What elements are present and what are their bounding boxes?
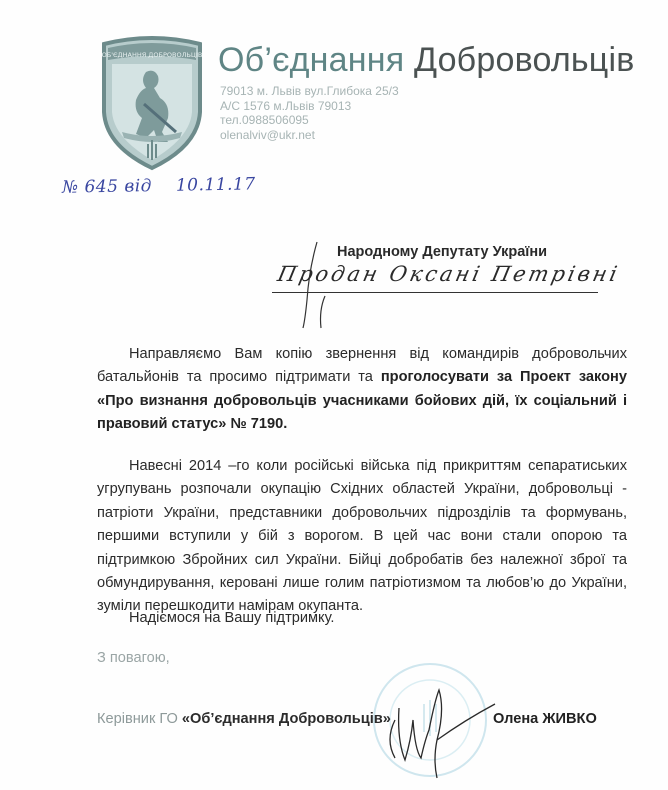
reg-date: 10.11.17 <box>176 174 256 195</box>
org-title-part2: Добровольців <box>414 41 635 79</box>
addressee-handwritten-name: Продан Оксані Петрівні <box>272 262 598 293</box>
signer-role-org: «Об’єднання Добровольців» <box>182 711 391 727</box>
contact-phone: тел.0988506095 <box>220 113 399 128</box>
reg-suffix: від <box>124 176 152 196</box>
paragraph-request: Направляємо Вам копію звернення від кома… <box>97 343 627 437</box>
org-title: Об’єднання Добровольців <box>218 40 634 80</box>
reg-number: № 645 <box>62 177 119 198</box>
paragraph-support: Надіємося на Вашу підтримку. <box>97 607 627 630</box>
signer-role: Керівник ГО «Об’єднання Добровольців» <box>97 711 391 727</box>
contact-address: 79013 м. Львів вул.Глибока 25/3 <box>220 84 399 99</box>
volunteer-shield-emblem-icon: ОБ'ЄДНАННЯ ДОБРОВОЛЬЦІВ <box>98 34 206 172</box>
closing-salutation: З повагою, <box>97 650 170 666</box>
letter-page: ОБ'ЄДНАННЯ ДОБРОВОЛЬЦІВ Об’єднання Добро… <box>0 0 668 790</box>
addressee-name-text: Продан Оксані Петрівні <box>275 262 622 286</box>
org-contacts: 79013 м. Львів вул.Глибока 25/3 А/С 1576… <box>220 84 399 142</box>
addressee-title: Народному Депутату України <box>337 244 547 260</box>
svg-text:ОБ'ЄДНАННЯ ДОБРОВОЛЬЦІВ: ОБ'ЄДНАННЯ ДОБРОВОЛЬЦІВ <box>102 51 203 59</box>
signer-name: Олена ЖИВКО <box>493 711 597 727</box>
signer-role-prefix: Керівник ГО <box>97 711 182 727</box>
handwritten-signature-icon <box>385 680 505 780</box>
paragraph-history: Навесні 2014 –го коли російські війська … <box>97 455 627 619</box>
contact-email: olenalviv@ukr.net <box>220 128 399 143</box>
contact-po-box: А/С 1576 м.Львів 79013 <box>220 99 399 114</box>
org-title-part1: Об’єднання <box>218 41 404 79</box>
handwritten-registration-note: № 645 від 10.11.17 <box>62 174 256 197</box>
